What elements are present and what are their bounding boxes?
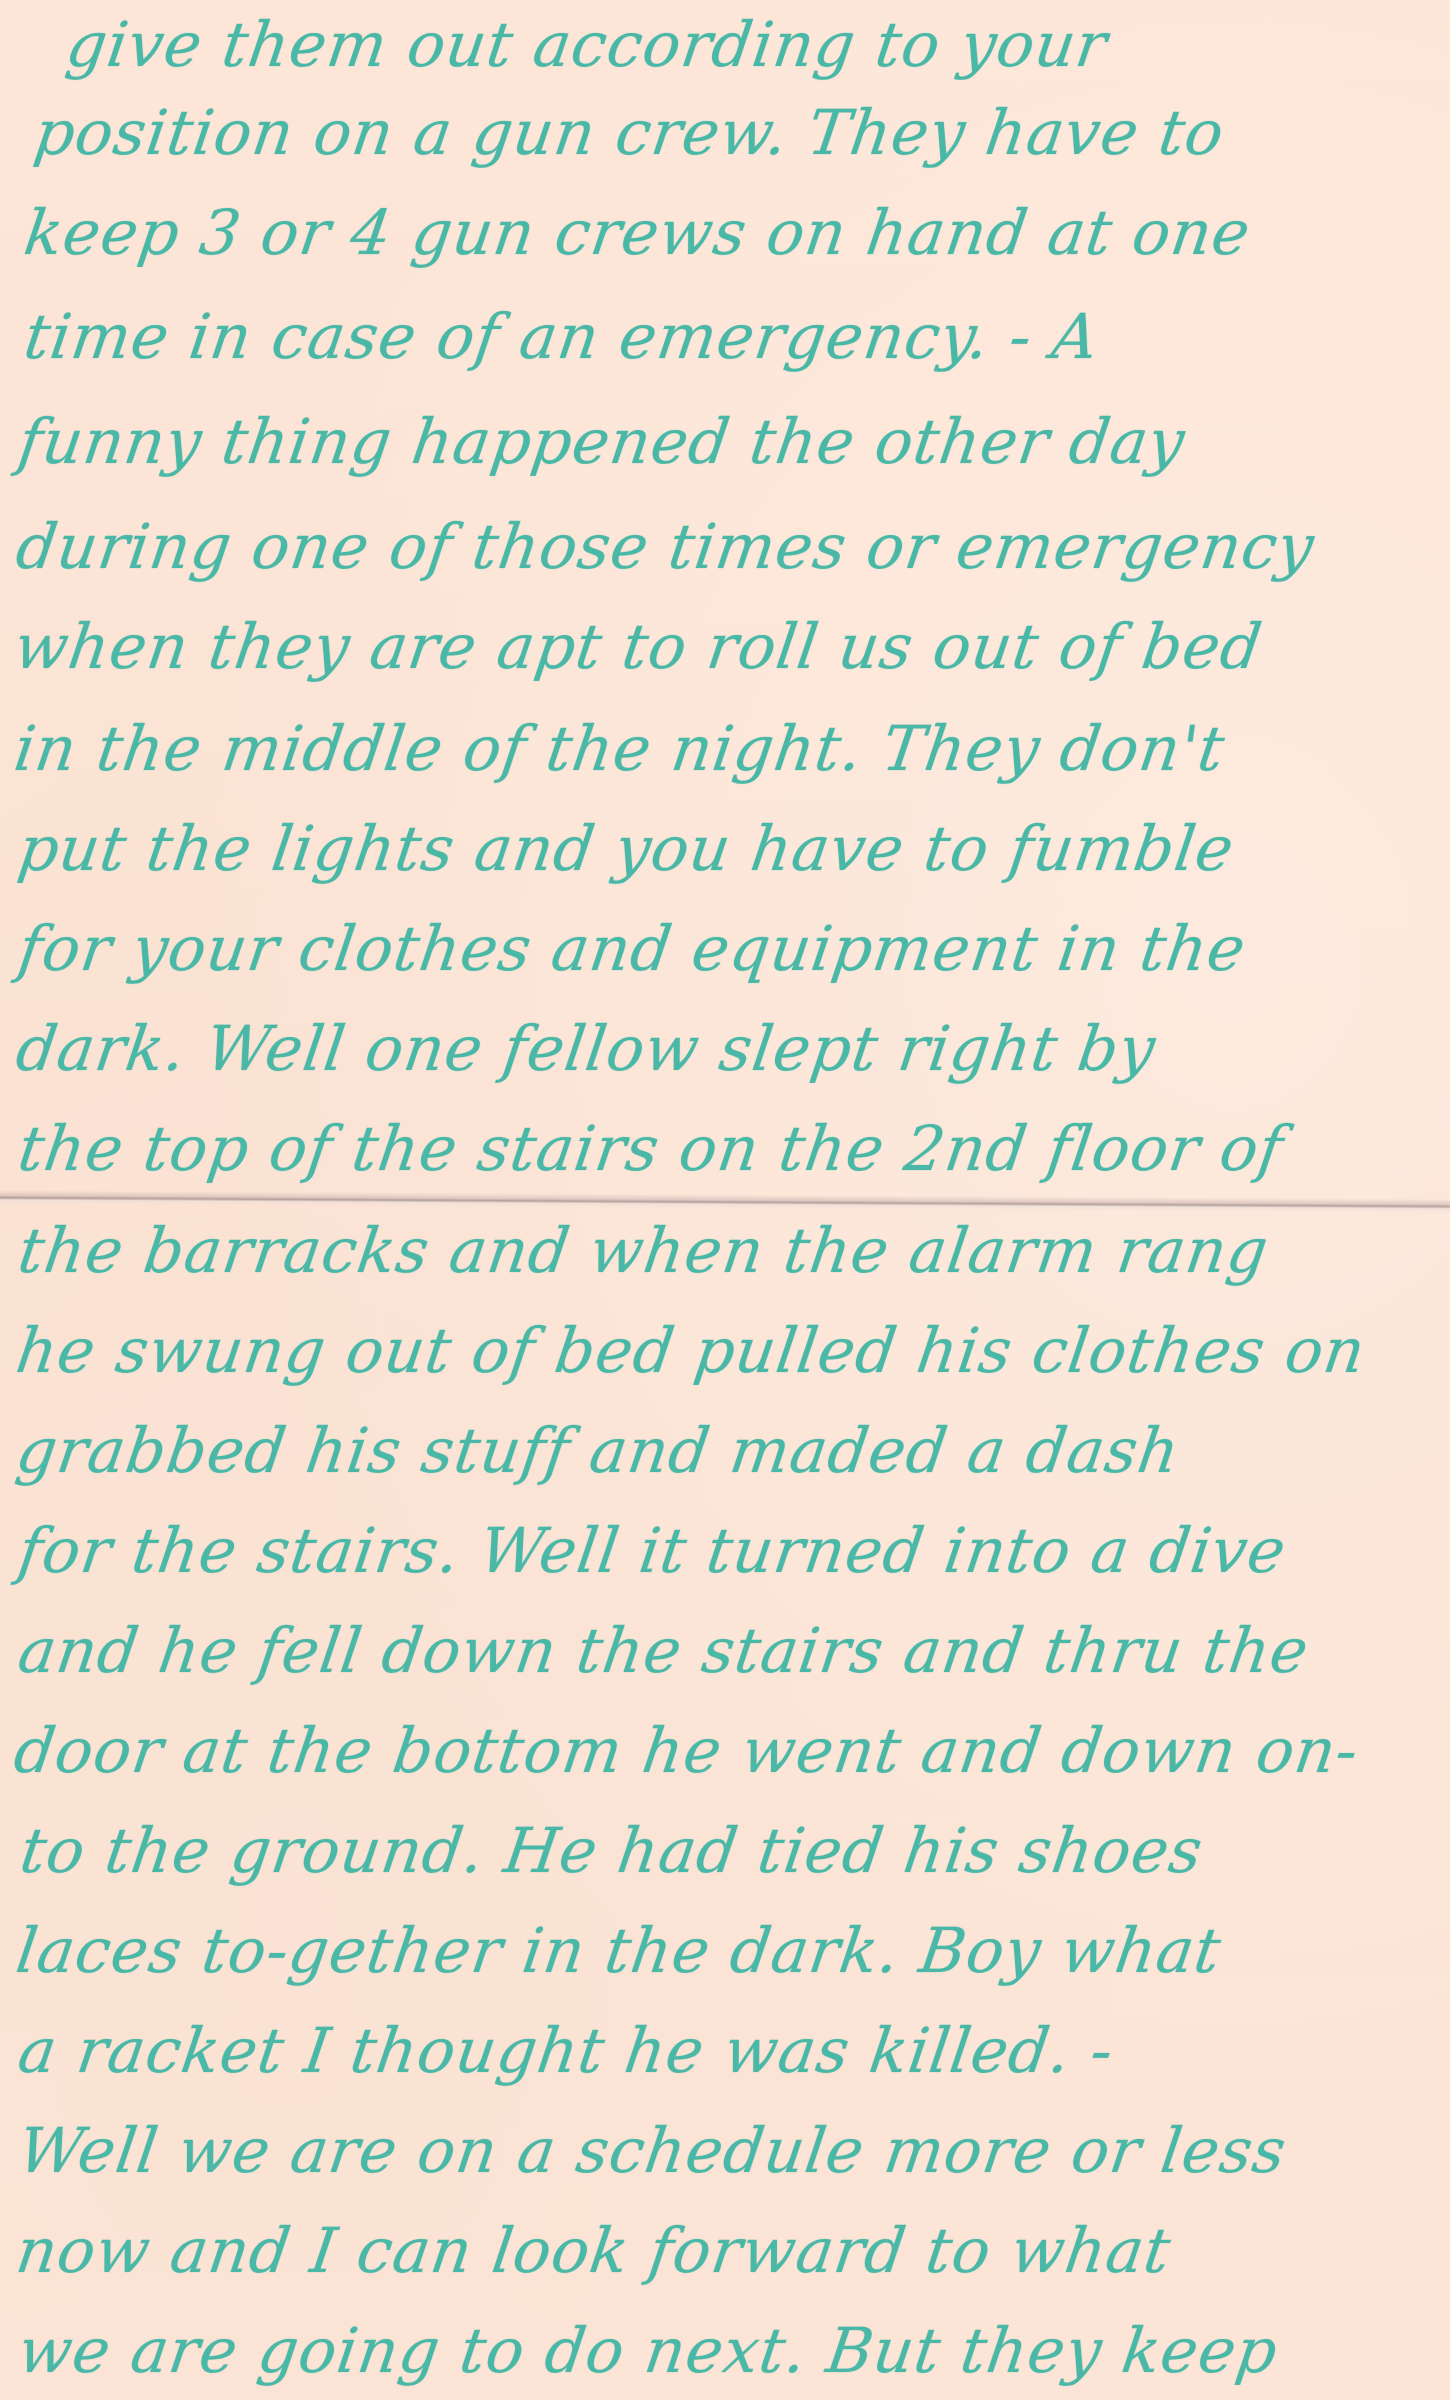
letter-line-21: a racket I thought he was killed. -	[14, 2014, 1118, 2087]
letter-line-15: grabbed his stuff and maded a dash	[12, 1414, 1184, 1487]
letter-line-3: keep 3 or 4 gun crews on hand at one	[20, 196, 1255, 269]
letter-line-6: during one of those times or emergency	[12, 510, 1319, 583]
paper-fold-crease	[0, 1190, 1450, 1213]
letter-line-18: door at the bottom he went and down on-	[10, 1714, 1363, 1787]
letter-line-7: when they are apt to roll us out of bed	[10, 610, 1267, 683]
letter-line-22: Well we are on a schedule more or less	[14, 2114, 1291, 2187]
letter-line-11: dark. Well one fellow slept right by	[12, 1012, 1160, 1085]
letter-line-8: in the middle of the night. They don't	[10, 712, 1230, 785]
letter-line-10: for your clothes and equipment in the	[14, 912, 1251, 985]
letter-line-23: now and I can look forward to what	[12, 2214, 1176, 2287]
letter-line-19: to the ground. He had tied his shoes	[16, 1814, 1208, 1887]
letter-line-16: for the stairs. Well it turned into a di…	[14, 1514, 1291, 1587]
letter-line-12: the top of the stairs on the 2nd floor o…	[14, 1112, 1288, 1185]
letter-line-17: and he fell down the stairs and thru the	[14, 1614, 1313, 1687]
letter-line-1: give them out according to your	[62, 8, 1112, 81]
letter-line-4: time in case of an emergency. - A	[20, 300, 1104, 373]
letter-page: give them out according to your position…	[0, 0, 1450, 2400]
letter-line-13: the barracks and when the alarm rang	[14, 1214, 1273, 1287]
letter-line-2: position on a gun crew. They have to	[30, 96, 1229, 169]
letter-line-20: laces to-gether in the dark. Boy what	[12, 1914, 1226, 1987]
letter-line-14: he swung out of bed pulled his clothes o…	[12, 1314, 1370, 1387]
letter-line-24: we are going to do next. But they keep	[14, 2314, 1283, 2387]
letter-line-5: funny thing happened the other day	[14, 405, 1190, 478]
letter-line-9: put the lights and you have to fumble	[14, 812, 1239, 885]
